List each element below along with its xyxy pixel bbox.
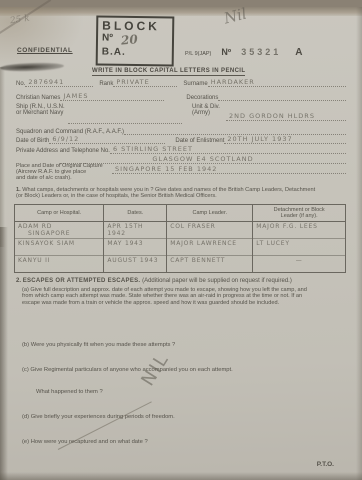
block-leader-cell: — xyxy=(256,257,342,264)
stamp-no-label: Nº xyxy=(102,33,113,44)
decorations-label: Decorations xyxy=(186,95,218,101)
leader-cell: COL FRASER xyxy=(170,223,249,230)
row-number-rank-surname: No. 2876941 Rank PRIVATE Surname HARDAKE… xyxy=(16,78,346,87)
date-of-enlistment-field[interactable]: 20TH JULY 1937 xyxy=(224,135,346,144)
col-camp-leader: Camp Leader. xyxy=(167,205,253,222)
row-squadron: Squadron and Command (R.A.F., A.A.F.) xyxy=(16,126,346,135)
table-row[interactable]: ADAM RD SINGAPORE APR 15TH 1942 COL FRAS… xyxy=(15,222,346,239)
question-2a-line1: Give full description and approx. date o… xyxy=(30,287,306,293)
no-label: No. xyxy=(16,81,25,87)
question-1-number: 1. xyxy=(16,187,21,193)
stamp-ba: B.A. xyxy=(102,47,168,59)
scan-shadow-left-upper xyxy=(0,67,5,247)
confidential-marking: CONFIDENTIAL xyxy=(17,47,73,54)
block-capitals-instruction: WRITE IN BLOCK CAPITAL LETTERS IN PENCIL xyxy=(92,68,245,76)
leader-cell: CAPT BENNETT xyxy=(170,257,249,264)
serial-no-label: Nº xyxy=(221,47,231,57)
question-2a-line3: escape was made from a train or vehicle … xyxy=(22,300,348,306)
question-2a-line2: from which camp each attempt was made. S… xyxy=(22,293,348,299)
camp-cell: KANYU II xyxy=(18,257,100,264)
address-field-line1[interactable]: 6 STIRLING STREET xyxy=(110,145,346,154)
stamp-block-word: BLOCK xyxy=(102,19,168,34)
row-dob-enlistment: Date of Birth 6/9/12 Date of Enlistment … xyxy=(16,135,346,144)
scan-shadow-left xyxy=(0,227,8,480)
question-2c-followup: What happened to them ? xyxy=(36,389,344,395)
question-2d: (d) Give briefly your experiences during… xyxy=(22,414,344,420)
row-ship-unit: Ship (R.N., U.S.N. or Merchant Navy Unit… xyxy=(16,104,346,124)
question-2e-text: How were you recaptured and on what date… xyxy=(31,439,148,445)
decorations-field[interactable] xyxy=(218,92,346,101)
question-1-line2: (or Block) Leaders or, in the case of ho… xyxy=(16,193,348,199)
question-2d-text: Give briefly your experiences during per… xyxy=(31,414,175,420)
serial-suffix: A xyxy=(295,47,302,58)
capture-field[interactable]: SINGAPORE 15 FEB 1942 xyxy=(112,165,346,174)
question-1-line1: What camps, detachments or hospitals wer… xyxy=(22,187,315,193)
question-1: 1. What camps, detachments or hospitals … xyxy=(16,187,348,200)
col-camp-or-hospital: Camp or Hospital. xyxy=(15,205,104,222)
question-2c: (c) Give Regimental particulars of anyon… xyxy=(22,367,344,373)
date-of-birth-field[interactable]: 6/9/12 xyxy=(49,135,165,144)
section-2-number: 2. xyxy=(16,278,21,284)
row-address: Private Address and Telephone No. 6 STIR… xyxy=(16,145,346,154)
question-2a-label: (a) xyxy=(22,287,29,293)
service-number-field[interactable]: 2876941 xyxy=(25,78,93,87)
camp-cell: KINSAYOK SIAM xyxy=(18,240,100,247)
date-of-enlistment-label: Date of Enlistment xyxy=(175,138,224,144)
leader-cell: MAJOR LAWRENCE xyxy=(170,240,249,247)
capture-label-line3: and date of a/c crash). xyxy=(16,175,112,181)
please-turn-over: P.T.O. xyxy=(317,461,334,468)
block-leader-cell: MAJOR F.G. LEES xyxy=(256,223,342,230)
rank-label: Rank xyxy=(99,81,113,87)
dates-cell: AUGUST 1943 xyxy=(107,257,163,264)
question-2c-text2: What happened to them ? xyxy=(36,389,103,395)
christian-names-field[interactable]: JAMES xyxy=(60,92,164,101)
rank-field[interactable]: PRIVATE xyxy=(113,78,177,87)
question-2a: (a) Give full description and approx. da… xyxy=(22,287,348,306)
address-label: Private Address and Telephone No. xyxy=(16,148,110,154)
row-capture: Place and Date of Original Capture (Airc… xyxy=(16,163,346,181)
scan-shadow-right xyxy=(356,7,362,480)
question-2c-label: (c) xyxy=(22,367,29,373)
camp-cell: ADAM RD xyxy=(18,223,100,230)
block-leader-cell: LT LUCEY xyxy=(256,240,342,247)
squadron-field[interactable] xyxy=(124,126,346,135)
question-2b-text: Were you physically fit when you made th… xyxy=(31,342,176,348)
christian-names-label: Christian Names xyxy=(16,95,60,101)
camp-cell-line2: SINGAPORE xyxy=(28,230,100,237)
question-2c-text: Give Regimental particulars of anyone wh… xyxy=(30,367,232,373)
col-dates: Dates. xyxy=(104,205,167,222)
unit-div-label-line2: (Army) xyxy=(192,110,226,116)
ship-field[interactable] xyxy=(68,115,182,124)
nil-annotation-top: Nil xyxy=(222,5,248,28)
surname-field[interactable]: HARDAKER xyxy=(208,78,346,87)
form-reference: P/L 9(JAP) xyxy=(185,51,211,57)
section-2-heading: 2. ESCAPES OR ATTEMPTED ESCAPES. (Additi… xyxy=(16,278,292,284)
table-row[interactable]: KANYU II AUGUST 1943 CAPT BENNETT — xyxy=(15,256,346,273)
col-detachment-leader: Detachment or Block Leader (if any). xyxy=(253,205,346,222)
unit-div-field[interactable]: 2ND GORDON HLDRS xyxy=(226,112,346,121)
section-2-title: ESCAPES OR ATTEMPTED ESCAPES. xyxy=(23,278,141,284)
question-2e-label: (e) xyxy=(22,439,29,445)
question-2b: (b) Were you physically fit when you mad… xyxy=(22,342,344,348)
ship-label-line2: or Merchant Navy xyxy=(16,110,68,116)
question-2d-label: (d) xyxy=(22,414,29,420)
section-2-title-note: (Additional paper will be supplied on re… xyxy=(142,278,292,284)
block-number-stamp: BLOCK Nº 20 B.A. xyxy=(96,15,175,66)
stamp-block-number-handwritten: 20 xyxy=(120,32,138,47)
surname-label: Surname xyxy=(183,81,207,87)
camps-table: Camp or Hospital. Dates. Camp Leader. De… xyxy=(14,204,346,273)
dates-cell: APR 15TH 1942 xyxy=(107,223,163,237)
dates-cell: MAY 1943 xyxy=(107,240,163,247)
camps-table-header-row: Camp or Hospital. Dates. Camp Leader. De… xyxy=(15,205,346,222)
date-of-birth-label: Date of Birth xyxy=(16,138,49,144)
question-2b-label: (b) xyxy=(22,342,29,348)
row-christian-decorations: Christian Names JAMES Decorations xyxy=(16,92,346,101)
table-row[interactable]: KINSAYOK SIAM MAY 1943 MAJOR LAWRENCE LT… xyxy=(15,239,346,256)
scan-shadow-bottom xyxy=(0,472,362,480)
serial-number-stamp: 35321 xyxy=(241,47,281,57)
scanned-form-page: 25 k CONFIDENTIAL BLOCK Nº 20 B.A. Nil P… xyxy=(0,7,362,480)
form-reference-line: P/L 9(JAP) Nº 35321 A xyxy=(185,47,302,58)
